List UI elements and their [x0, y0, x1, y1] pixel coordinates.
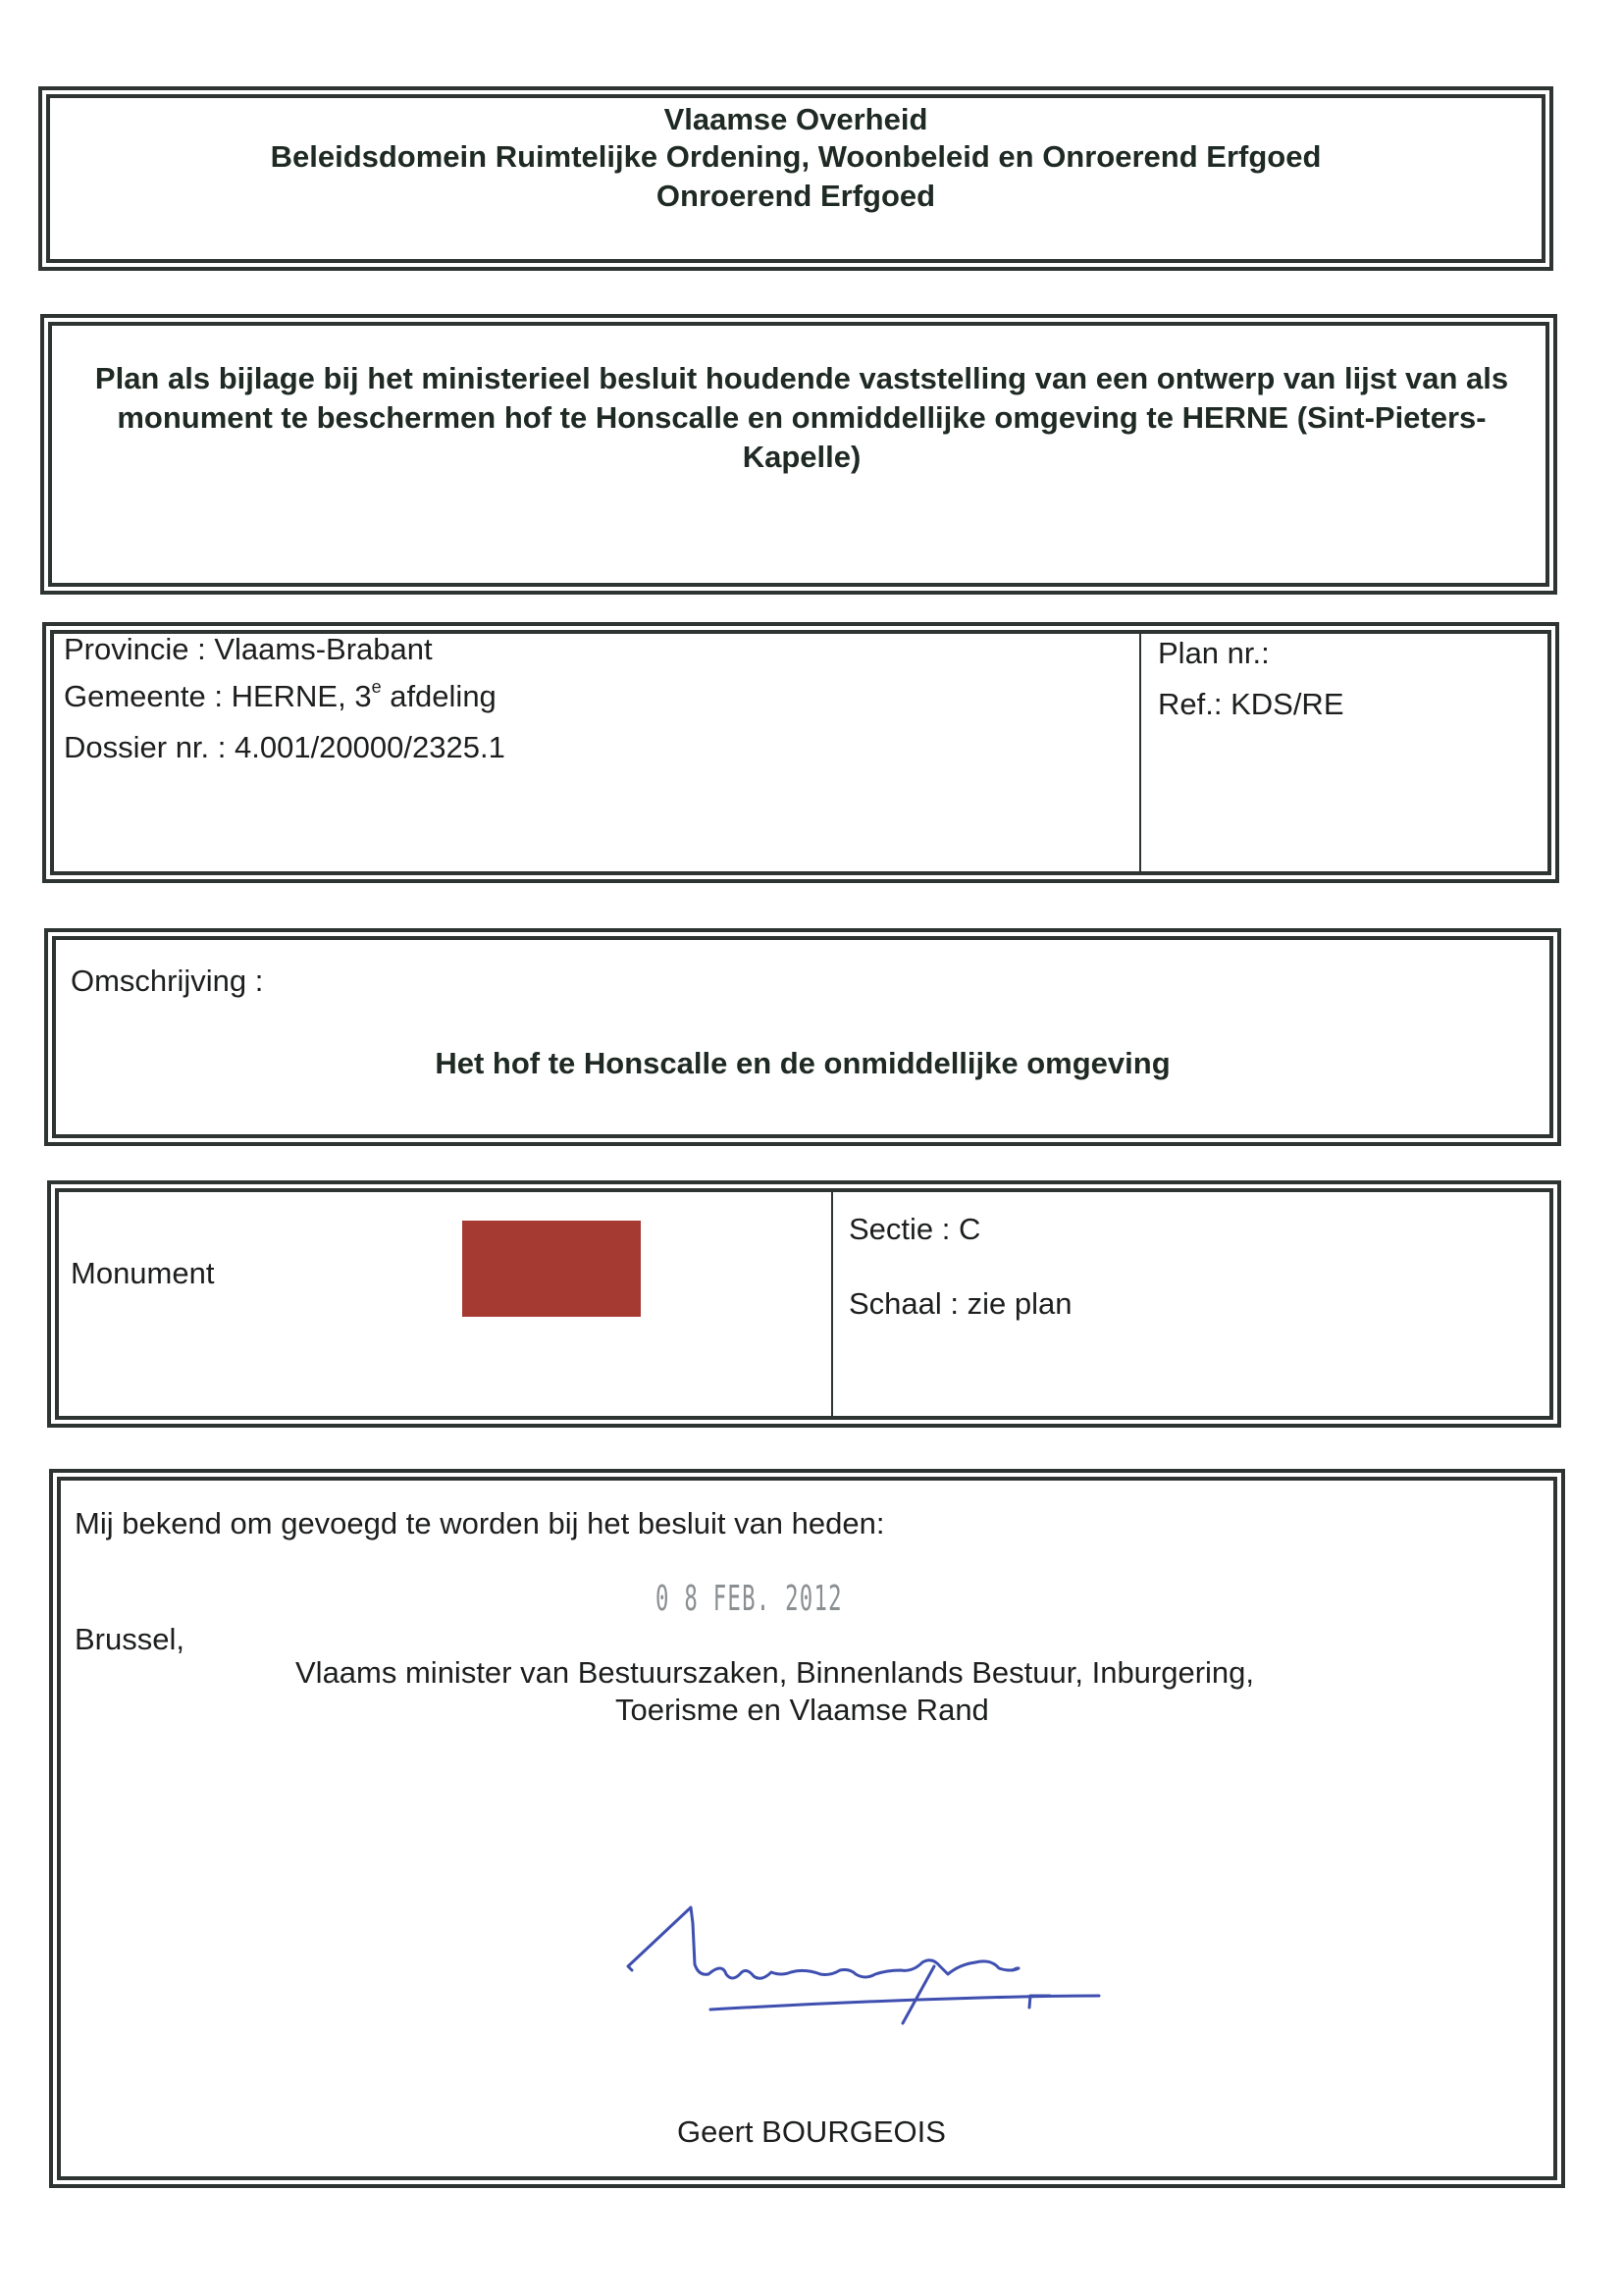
legend-swatch-monument	[462, 1221, 641, 1317]
legend-box-inner	[55, 1188, 1553, 1420]
document-title: Plan als bijlage bij het ministerieel be…	[64, 359, 1540, 477]
location-box: Provincie : Vlaams-Brabant Gemeente : HE…	[42, 622, 1559, 883]
place-label: Brussel,	[75, 1622, 184, 1657]
gemeente-superscript: e	[372, 677, 382, 697]
header-line-department: Onroerend Erfgoed	[42, 179, 1549, 214]
dossier-field: Dossier nr. : 4.001/20000/2325.1	[64, 730, 505, 765]
legend-box: Monument Sectie : C Schaal : zie plan	[47, 1180, 1561, 1428]
gemeente-prefix: Gemeente : HERNE, 3	[64, 679, 372, 713]
header-line-agency: Vlaamse Overheid	[42, 102, 1549, 137]
signatory-name: Geert BOURGEOIS	[677, 2114, 946, 2150]
title-box: Plan als bijlage bij het ministerieel be…	[40, 314, 1557, 595]
description-text: Het hof te Honscalle en de onmiddellijke…	[48, 1046, 1557, 1081]
header-line-domain: Beleidsdomein Ruimtelijke Ordening, Woon…	[42, 139, 1549, 175]
gemeente-field: Gemeente : HERNE, 3e afdeling	[64, 679, 497, 714]
legend-divider	[831, 1192, 833, 1416]
ref-field: Ref.: KDS/RE	[1158, 687, 1344, 722]
minister-title-line1: Vlaams minister van Bestuurszaken, Binne…	[295, 1655, 1254, 1691]
sectie-field: Sectie : C	[849, 1212, 980, 1247]
description-box-inner	[52, 936, 1553, 1138]
approval-statement: Mij bekend om gevoegd te worden bij het …	[75, 1506, 884, 1541]
handwritten-signature	[589, 1884, 1335, 2061]
signature-box: Mij bekend om gevoegd te worden bij het …	[49, 1469, 1565, 2188]
location-divider	[1139, 634, 1141, 871]
date-stamp: 0 8 FEB. 2012	[655, 1579, 843, 1619]
provincie-field: Provincie : Vlaams-Brabant	[64, 632, 433, 667]
header-box: Vlaamse Overheid Beleidsdomein Ruimtelij…	[38, 86, 1553, 271]
plan-nr-field: Plan nr.:	[1158, 636, 1270, 671]
legend-label-monument: Monument	[71, 1256, 214, 1291]
schaal-field: Schaal : zie plan	[849, 1286, 1072, 1322]
description-label: Omschrijving :	[71, 964, 263, 999]
minister-title-line2: Toerisme en Vlaamse Rand	[615, 1693, 989, 1728]
gemeente-suffix: afdeling	[382, 679, 497, 713]
description-box: Omschrijving : Het hof te Honscalle en d…	[44, 928, 1561, 1146]
